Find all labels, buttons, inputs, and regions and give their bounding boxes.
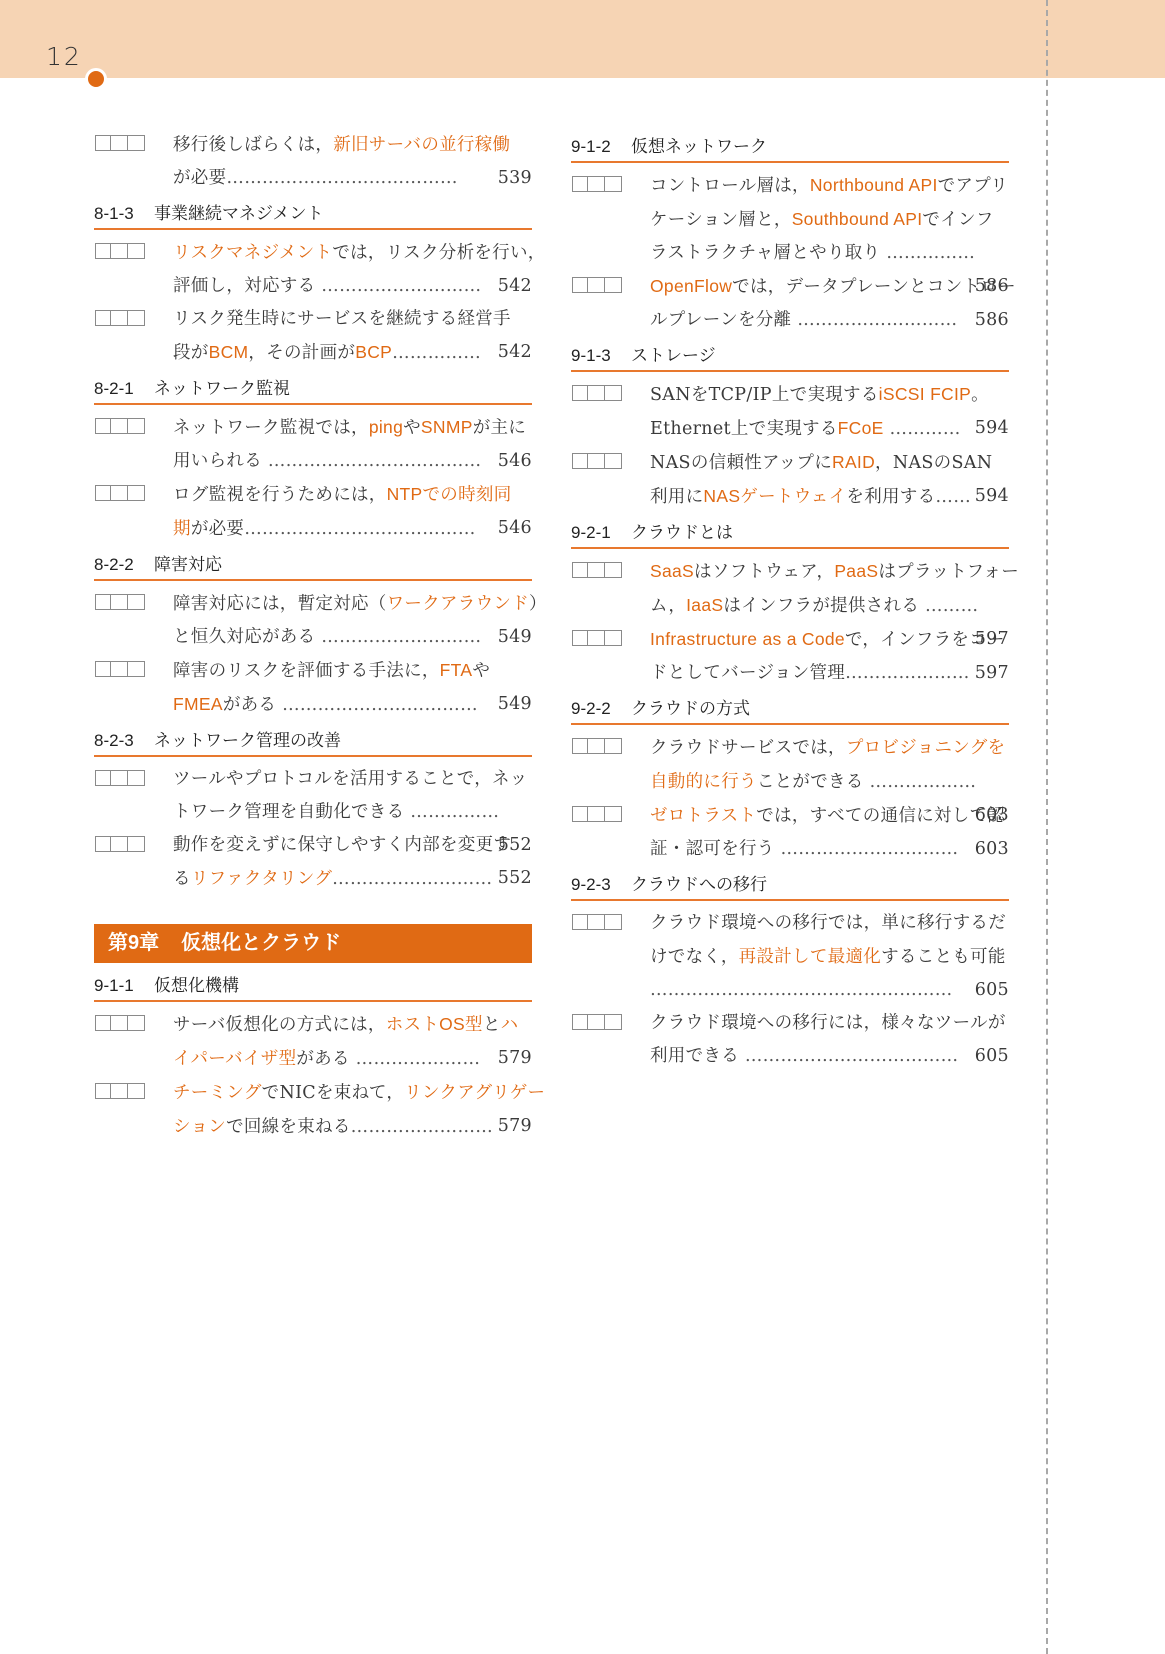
checkbox-1[interactable] — [572, 630, 588, 646]
section-number: 8-2-2 — [94, 554, 154, 576]
checkbox-3[interactable] — [128, 418, 145, 434]
checklist-item: サーバ仮想化の方式には，ホストOS型とハイパーバイザ型がある …………………57… — [94, 1008, 532, 1076]
item-text-line: ゼロトラストでは，すべての通信に対して認 — [650, 799, 1009, 833]
keyword-highlight: ワークアラウンド — [387, 593, 529, 613]
page-reference: 552 — [498, 862, 532, 895]
body-text: がある — [223, 695, 282, 715]
section-number: 9-2-3 — [571, 874, 631, 896]
checkbox-2[interactable] — [111, 661, 128, 677]
review-checkboxes — [572, 738, 622, 754]
body-text: ケーション層と， — [650, 210, 792, 230]
page-reference: 542 — [498, 270, 532, 303]
checkbox-2[interactable] — [588, 277, 605, 293]
checkbox-3[interactable] — [128, 310, 145, 326]
review-checkboxes — [572, 630, 622, 646]
item-text-line: 移行後しばらくは，新旧サーバの並行稼働 — [173, 128, 532, 162]
checkbox-1[interactable] — [95, 1015, 111, 1031]
checkbox-2[interactable] — [588, 453, 605, 469]
page-header-band — [0, 0, 1165, 78]
checklist-item: クラウド環境への移行では，単に移行するだけでなく，再設計して最適化することも可能… — [571, 907, 1009, 1007]
section-number: 8-2-3 — [94, 730, 154, 752]
review-checkboxes — [95, 1015, 145, 1031]
checkbox-3[interactable] — [605, 385, 622, 401]
section-heading: 9-1-1仮想化機構 — [94, 975, 532, 1002]
checkbox-3[interactable] — [128, 770, 145, 786]
item-text-line: 利用できる ………………………………605 — [650, 1040, 1009, 1073]
checkbox-2[interactable] — [588, 914, 605, 930]
body-text: ） — [529, 594, 547, 614]
body-text: では，データプレーンとコントロー — [732, 277, 1016, 297]
keyword-highlight: iSCSI FCIP — [879, 384, 971, 404]
section-number: 9-2-1 — [571, 522, 631, 544]
item-text-line: トワーク管理を自動化できる ……………552 — [173, 796, 532, 829]
section-number: 9-1-2 — [571, 136, 631, 158]
section-title: ストレージ — [631, 346, 716, 365]
checkbox-1[interactable] — [95, 1083, 111, 1099]
checklist-item: 動作を変えずに保守しやすく内部を変更するリファクタリング………………………552 — [94, 829, 532, 896]
item-text-line: ルプレーンを分離 ………………………586 — [650, 304, 1009, 337]
leader-dots: …… — [935, 487, 971, 507]
keyword-highlight: プロビジョニングを — [846, 737, 1006, 757]
section-heading: 9-2-3クラウドへの移行 — [571, 874, 1009, 901]
review-checkboxes — [572, 806, 622, 822]
body-text: では，リスク分析を行い， — [332, 243, 545, 263]
review-checkboxes — [95, 135, 145, 151]
page-reference: 594 — [975, 480, 1009, 513]
keyword-highlight: リンクアグリゲー — [404, 1082, 545, 1102]
checkbox-1[interactable] — [572, 277, 588, 293]
keyword-highlight: PaaS — [834, 561, 878, 581]
section-heading: 9-1-3ストレージ — [571, 345, 1009, 372]
body-text: 用いられる — [173, 451, 268, 471]
item-text-line: OpenFlowでは，データプレーンとコントロー — [650, 270, 1009, 304]
chapter-heading: 第9章仮想化とクラウド — [94, 924, 532, 963]
page-reference: 579 — [498, 1110, 532, 1143]
body-text: 証・認可を行う — [650, 839, 780, 859]
checklist-item: 移行後しばらくは，新旧サーバの並行稼働が必要…………………………………539 — [94, 128, 532, 195]
leader-dots: …………………… — [351, 1117, 493, 1137]
checkbox-2[interactable] — [588, 806, 605, 822]
checklist-item: チーミングでNICを束ねて，リンクアグリゲーションで回線を束ねる……………………… — [94, 1076, 532, 1144]
body-text: NASの信頼性アップに — [650, 453, 832, 473]
item-text-line: けでなく，再設計して最適化することも可能 — [650, 940, 1009, 974]
body-text: SANをTCP/IP上で実現する — [650, 385, 879, 405]
section-heading: 9-2-1クラウドとは — [571, 522, 1009, 549]
keyword-highlight: イパーバイザ型 — [173, 1048, 296, 1068]
body-text: サーバ仮想化の方式には， — [173, 1015, 386, 1035]
section-heading: 8-2-3ネットワーク管理の改善 — [94, 730, 532, 757]
section-heading: 9-1-2仮想ネットワーク — [571, 136, 1009, 163]
checklist-item: Infrastructure as a Codeで，インフラをコードとしてバージ… — [571, 623, 1009, 690]
body-text: ツールやプロトコルを活用することで，ネッ — [173, 769, 528, 789]
body-text: はプラットフォー — [878, 562, 1019, 582]
keyword-highlight: 再設計して最適化 — [739, 946, 881, 966]
checkbox-2[interactable] — [588, 176, 605, 192]
body-text: クラウドサービスでは， — [650, 738, 846, 758]
item-text-line: 自動的に行うことができる ………………603 — [650, 765, 1009, 799]
checkbox-1[interactable] — [95, 418, 111, 434]
leader-dots: …………… — [392, 343, 481, 363]
item-text-line: ……………………………………………605 — [650, 974, 1009, 1007]
review-checkboxes — [572, 385, 622, 401]
body-text: 障害対応には，暫定対応（ — [173, 594, 387, 614]
keyword-highlight: OpenFlow — [650, 276, 732, 296]
checkbox-2[interactable] — [588, 562, 605, 578]
checklist-item: コントロール層は，Northbound APIでアプリケーション層と，South… — [571, 169, 1009, 270]
page-reference: 546 — [498, 512, 532, 545]
review-checkboxes — [95, 594, 145, 610]
checkbox-1[interactable] — [572, 562, 588, 578]
checkbox-2[interactable] — [111, 1015, 128, 1031]
checkbox-1[interactable] — [572, 1014, 588, 1030]
item-text-line: Infrastructure as a Codeで，インフラをコー — [650, 623, 1009, 657]
item-text-line: ションで回線を束ねる……………………579 — [173, 1110, 532, 1144]
checkbox-2[interactable] — [111, 836, 128, 852]
checkbox-1[interactable] — [572, 914, 588, 930]
checkbox-3[interactable] — [128, 1083, 145, 1099]
keyword-highlight: Northbound API — [810, 175, 938, 195]
checklist-item: NASの信頼性アップにRAID，NASのSAN利用にNASゲートウェイを利用する… — [571, 446, 1009, 514]
section-heading: 8-1-3事業継続マネジメント — [94, 203, 532, 230]
body-text: がある — [296, 1049, 355, 1069]
checkbox-1[interactable] — [95, 836, 111, 852]
keyword-highlight: リファクタリング — [191, 868, 332, 888]
chapter-label: 第9章 — [108, 932, 159, 954]
item-text-line: サーバ仮想化の方式には，ホストOS型とハ — [173, 1008, 532, 1042]
page-reference: 605 — [975, 1040, 1009, 1073]
keyword-highlight: RAID — [832, 452, 875, 472]
leader-dots: ……………………… — [797, 310, 957, 330]
item-text-line: チーミングでNICを束ねて，リンクアグリゲー — [173, 1076, 532, 1110]
body-text: 動作を変えずに保守しやすく内部を変更す — [173, 835, 511, 855]
item-text-line: が必要…………………………………539 — [173, 162, 532, 195]
section-title: クラウドの方式 — [631, 699, 750, 718]
leader-dots: …………………………………………… — [650, 980, 953, 1000]
item-text-line: ドとしてバージョン管理…………………597 — [650, 657, 1009, 690]
item-text-line: SaaSはソフトウェア，PaaSはプラットフォー — [650, 555, 1009, 589]
item-text-line: ム，IaaSはインフラが提供される ………597 — [650, 589, 1009, 623]
checkbox-1[interactable] — [95, 770, 111, 786]
checkbox-3[interactable] — [128, 243, 145, 259]
checkbox-2[interactable] — [111, 135, 128, 151]
body-text: はインフラが提供される — [723, 596, 925, 616]
checkbox-1[interactable] — [572, 385, 588, 401]
section-number: 8-1-3 — [94, 203, 154, 225]
body-text: ルプレーンを分離 — [650, 310, 797, 330]
checkbox-3[interactable] — [605, 562, 622, 578]
page-reference: 594 — [975, 412, 1009, 445]
checklist-item: OpenFlowでは，データプレーンとコントロールプレーンを分離 …………………… — [571, 270, 1009, 337]
checklist-item: リスク発生時にサービスを継続する経営手段がBCM，その計画がBCP……………54… — [94, 303, 532, 370]
page-reference: 605 — [975, 974, 1009, 1007]
keyword-highlight: 自動的に行う — [650, 771, 757, 791]
leader-dots: ……………………… — [321, 276, 481, 296]
review-checkboxes — [95, 485, 145, 501]
page-reference: 579 — [498, 1042, 532, 1075]
checklist-item: ツールやプロトコルを活用することで，ネットワーク管理を自動化できる ……………5… — [94, 763, 532, 829]
checklist-item: 障害のリスクを評価する手法に，FTAやFMEAがある ……………………………54… — [94, 654, 532, 722]
checkbox-2[interactable] — [588, 630, 605, 646]
section-number: 9-2-2 — [571, 698, 631, 720]
section-title: 仮想ネットワーク — [631, 137, 767, 156]
item-text-line: 評価し，対応する ………………………542 — [173, 270, 532, 303]
body-text: 利用できる — [650, 1046, 745, 1066]
review-checkboxes — [572, 277, 622, 293]
checklist-item: SANをTCP/IP上で実現するiSCSI FCIP。Ethernet上で実現す… — [571, 378, 1009, 446]
keyword-highlight: ping — [369, 417, 403, 437]
item-text-line: 利用にNASゲートウェイを利用する……594 — [650, 480, 1009, 514]
checklist-item: リスクマネジメントでは，リスク分析を行い，評価し，対応する ………………………5… — [94, 236, 532, 303]
checkbox-3[interactable] — [605, 1014, 622, 1030]
right-column: 9-1-2仮想ネットワークコントロール層は，Northbound APIでアプリ… — [571, 128, 1009, 1073]
checkbox-1[interactable] — [572, 176, 588, 192]
checkbox-3[interactable] — [605, 914, 622, 930]
item-text-line: FMEAがある ……………………………549 — [173, 688, 532, 722]
checkbox-1[interactable] — [95, 661, 111, 677]
keyword-highlight: ゼロトラスト — [650, 805, 756, 825]
keyword-highlight: 新旧サーバの並行稼働 — [333, 134, 510, 154]
page-number: 12 — [46, 42, 82, 71]
item-text-line: NASの信頼性アップにRAID，NASのSAN — [650, 446, 1009, 480]
chapter-title: 仮想化とクラウド — [181, 932, 341, 954]
page-reference: 546 — [498, 445, 532, 478]
item-text-line: 動作を変えずに保守しやすく内部を変更す — [173, 829, 532, 862]
checkbox-1[interactable] — [95, 310, 111, 326]
checkbox-2[interactable] — [588, 385, 605, 401]
leader-dots: ……………………… — [332, 869, 492, 889]
leader-dots: …………… — [886, 243, 975, 263]
checkbox-3[interactable] — [605, 806, 622, 822]
keyword-highlight: NTPでの時刻同 — [387, 484, 512, 504]
checkbox-2[interactable] — [588, 1014, 605, 1030]
page-reference: 549 — [498, 621, 532, 654]
left-column: 移行後しばらくは，新旧サーバの並行稼働が必要…………………………………5398-… — [94, 128, 532, 1144]
checklist-item: SaaSはソフトウェア，PaaSはプラットフォーム，IaaSはインフラが提供され… — [571, 555, 1009, 623]
section-number: 9-1-1 — [94, 975, 154, 997]
keyword-highlight: FCoE — [838, 418, 884, 438]
review-checkboxes — [572, 562, 622, 578]
checkbox-2[interactable] — [588, 738, 605, 754]
checklist-item: クラウドサービスでは，プロビジョニングを自動的に行うことができる ………………6… — [571, 731, 1009, 799]
section-9-2-3: 9-2-3クラウドへの移行クラウド環境への移行では，単に移行するだけでなく，再設… — [571, 874, 1009, 1073]
section-title: 障害対応 — [154, 555, 222, 574]
section-9-1-1: 9-1-1仮想化機構サーバ仮想化の方式には，ホストOS型とハイパーバイザ型がある… — [94, 975, 532, 1144]
leader-dots: ………………………………… — [226, 168, 457, 188]
section-title: ネットワーク管理の改善 — [154, 731, 341, 750]
checkbox-3[interactable] — [605, 277, 622, 293]
item-text-line: 障害対応には，暫定対応（ワークアラウンド） — [173, 587, 532, 621]
section-heading: 9-2-2クラウドの方式 — [571, 698, 1009, 725]
review-checkboxes — [95, 661, 145, 677]
checkbox-3[interactable] — [128, 1015, 145, 1031]
body-text: トワーク管理を自動化できる — [173, 802, 410, 822]
section-number: 9-1-3 — [571, 345, 631, 367]
section-number: 8-2-1 — [94, 378, 154, 400]
checkbox-1[interactable] — [95, 243, 111, 259]
trim-line — [1046, 0, 1048, 1654]
leader-dots: ………………… — [356, 1049, 481, 1069]
page-reference: 539 — [498, 162, 532, 195]
section-8-2-2: 8-2-2障害対応障害対応には，暫定対応（ワークアラウンド）と恒久対応がある …… — [94, 554, 532, 722]
item-text-line: ケーション層と，Southbound APIでインフ — [650, 203, 1009, 237]
section-9-2-1: 9-2-1クラウドとはSaaSはソフトウェア，PaaSはプラットフォーム，Iaa… — [571, 522, 1009, 690]
body-text: 障害のリスクを評価する手法に， — [173, 661, 440, 681]
section-title: クラウドとは — [631, 523, 733, 542]
body-text: ネットワーク監視では， — [173, 418, 369, 438]
body-text: はソフトウェア， — [694, 562, 834, 582]
checkbox-3[interactable] — [605, 630, 622, 646]
keyword-highlight: IaaS — [686, 595, 723, 615]
keyword-highlight: Infrastructure as a Code — [650, 629, 845, 649]
section-heading: 8-2-2障害対応 — [94, 554, 532, 581]
checkbox-3[interactable] — [605, 738, 622, 754]
item-text-line: と恒久対応がある ………………………549 — [173, 621, 532, 654]
body-text: でアプリ — [938, 176, 1009, 196]
keyword-highlight: BCM — [209, 342, 249, 362]
body-text: では，すべての通信に対して認 — [756, 806, 1005, 826]
leader-dots: …………………………… — [282, 695, 478, 715]
item-text-line: 用いられる ………………………………546 — [173, 445, 532, 478]
body-text: Ethernet上で実現する — [650, 419, 838, 439]
body-text: と恒久対応がある — [173, 627, 321, 647]
keyword-highlight: ション — [173, 1116, 226, 1136]
leader-dots: ………………………… — [780, 839, 958, 859]
body-text: ，NASのSAN — [875, 453, 992, 473]
item-text-line: 期が必要…………………………………546 — [173, 512, 532, 546]
keyword-highlight: FMEA — [173, 694, 223, 714]
body-text: リスク発生時にサービスを継続する経営手 — [173, 309, 511, 329]
checkbox-3[interactable] — [128, 135, 145, 151]
item-text-line: ツールやプロトコルを活用することで，ネッ — [173, 763, 532, 796]
section-9-1-3: 9-1-3ストレージSANをTCP/IP上で実現するiSCSI FCIP。Eth… — [571, 345, 1009, 514]
review-checkboxes — [572, 1014, 622, 1030]
body-text: ラストラクチャ層とやり取り — [650, 243, 886, 263]
checkbox-2[interactable] — [111, 310, 128, 326]
review-checkboxes — [95, 1083, 145, 1099]
leader-dots: ………… — [889, 419, 960, 439]
checkbox-3[interactable] — [605, 453, 622, 469]
item-text-line: リスクマネジメントでは，リスク分析を行い， — [173, 236, 532, 270]
page-reference: 586 — [975, 304, 1009, 337]
item-text-line: コントロール層は，Northbound APIでアプリ — [650, 169, 1009, 203]
review-checkboxes — [95, 836, 145, 852]
page-reference: 603 — [975, 833, 1009, 866]
body-text: けでなく， — [650, 947, 739, 967]
item-text-line: ラストラクチャ層とやり取り ……………586 — [650, 237, 1009, 270]
checkbox-1[interactable] — [95, 135, 111, 151]
body-text: 段が — [173, 343, 209, 363]
body-text: が必要 — [173, 168, 226, 188]
checkbox-1[interactable] — [95, 485, 111, 501]
leader-dots: ………………… — [845, 663, 970, 683]
review-checkboxes — [95, 418, 145, 434]
checkbox-1[interactable] — [572, 738, 588, 754]
leader-dots: ……………… — [869, 772, 976, 792]
page-reference: 549 — [498, 688, 532, 721]
body-text: クラウド環境への移行では，単に移行するだ — [650, 913, 1006, 933]
checklist-item: 障害対応には，暫定対応（ワークアラウンド）と恒久対応がある ………………………5… — [94, 587, 532, 654]
body-text: で，インフラをコー — [845, 630, 1005, 650]
body-text: ドとしてバージョン管理 — [650, 663, 845, 683]
section-heading: 8-2-1ネットワーク監視 — [94, 378, 532, 405]
body-text: することも可能 — [881, 947, 1006, 967]
body-text: や — [403, 418, 421, 438]
keyword-highlight: Southbound API — [792, 209, 923, 229]
item-text-line: SANをTCP/IP上で実現するiSCSI FCIP。 — [650, 378, 1009, 412]
checkbox-1[interactable] — [572, 453, 588, 469]
keyword-highlight: 期 — [173, 518, 191, 538]
item-text-line: クラウド環境への移行では，単に移行するだ — [650, 907, 1009, 940]
checkbox-2[interactable] — [111, 243, 128, 259]
checkbox-3[interactable] — [128, 836, 145, 852]
leader-dots: ………………………………… — [244, 519, 475, 539]
body-text: 移行後しばらくは， — [173, 135, 333, 155]
page-reference: 597 — [975, 657, 1009, 690]
item-text-line: 証・認可を行う …………………………603 — [650, 833, 1009, 866]
checkbox-3[interactable] — [605, 176, 622, 192]
body-text: でNICを束ねて， — [262, 1083, 405, 1103]
item-text-line: リスク発生時にサービスを継続する経営手 — [173, 303, 532, 336]
item-text-line: ログ監視を行うためには，NTPでの時刻同 — [173, 478, 532, 512]
checkbox-2[interactable] — [111, 1083, 128, 1099]
item-text-line: クラウドサービスでは，プロビジョニングを — [650, 731, 1009, 765]
keyword-highlight: ハ — [501, 1014, 519, 1034]
section-title: クラウドへの移行 — [631, 875, 767, 894]
body-text: が必要 — [191, 519, 244, 539]
review-checkboxes — [572, 453, 622, 469]
checkbox-3[interactable] — [128, 485, 145, 501]
body-text: や — [472, 661, 490, 681]
item-text-line: 障害のリスクを評価する手法に，FTAや — [173, 654, 532, 688]
checkbox-2[interactable] — [111, 770, 128, 786]
section-title: 仮想化機構 — [154, 976, 239, 995]
item-text-line: イパーバイザ型がある …………………579 — [173, 1042, 532, 1076]
checkbox-2[interactable] — [111, 594, 128, 610]
checklist-item: ゼロトラストでは，すべての通信に対して認証・認可を行う …………………………60… — [571, 799, 1009, 866]
keyword-highlight: NASゲートウェイ — [703, 486, 846, 506]
review-checkboxes — [572, 914, 622, 930]
checkbox-2[interactable] — [111, 485, 128, 501]
checkbox-1[interactable] — [572, 806, 588, 822]
checkbox-3[interactable] — [128, 661, 145, 677]
section-9-2-2: 9-2-2クラウドの方式クラウドサービスでは，プロビジョニングを自動的に行うこと… — [571, 698, 1009, 866]
item-text-line: クラウド環境への移行には，様々なツールが — [650, 1007, 1009, 1040]
keyword-highlight: BCP — [355, 342, 392, 362]
keyword-highlight: ホストOS型 — [386, 1014, 483, 1034]
body-text: と — [483, 1015, 501, 1035]
review-checkboxes — [95, 243, 145, 259]
review-checkboxes — [95, 770, 145, 786]
section-title: ネットワーク監視 — [154, 379, 290, 398]
body-text: を利用する — [846, 487, 935, 507]
section-8-2-1: 8-2-1ネットワーク監視ネットワーク監視では，pingやSNMPが主に用いられ… — [94, 378, 532, 546]
checkbox-3[interactable] — [128, 594, 145, 610]
checkbox-1[interactable] — [95, 594, 111, 610]
body-text: ログ監視を行うためには， — [173, 485, 387, 505]
body-text: 。 — [971, 385, 989, 405]
item-text-line: Ethernet上で実現するFCoE …………594 — [650, 412, 1009, 446]
body-text: ことができる — [757, 772, 870, 792]
review-checkboxes — [95, 310, 145, 326]
item-text-line: 段がBCM，その計画がBCP……………542 — [173, 336, 532, 370]
item-text-line: るリファクタリング………………………552 — [173, 862, 532, 896]
leader-dots: ……………………………… — [745, 1046, 959, 1066]
checkbox-2[interactable] — [111, 418, 128, 434]
leader-dots: ……………………… — [321, 627, 481, 647]
body-text: クラウド環境への移行には，様々なツールが — [650, 1013, 1006, 1033]
body-text: で回線を束ねる — [226, 1117, 351, 1137]
item-text-line: ネットワーク監視では，pingやSNMPが主に — [173, 411, 532, 445]
